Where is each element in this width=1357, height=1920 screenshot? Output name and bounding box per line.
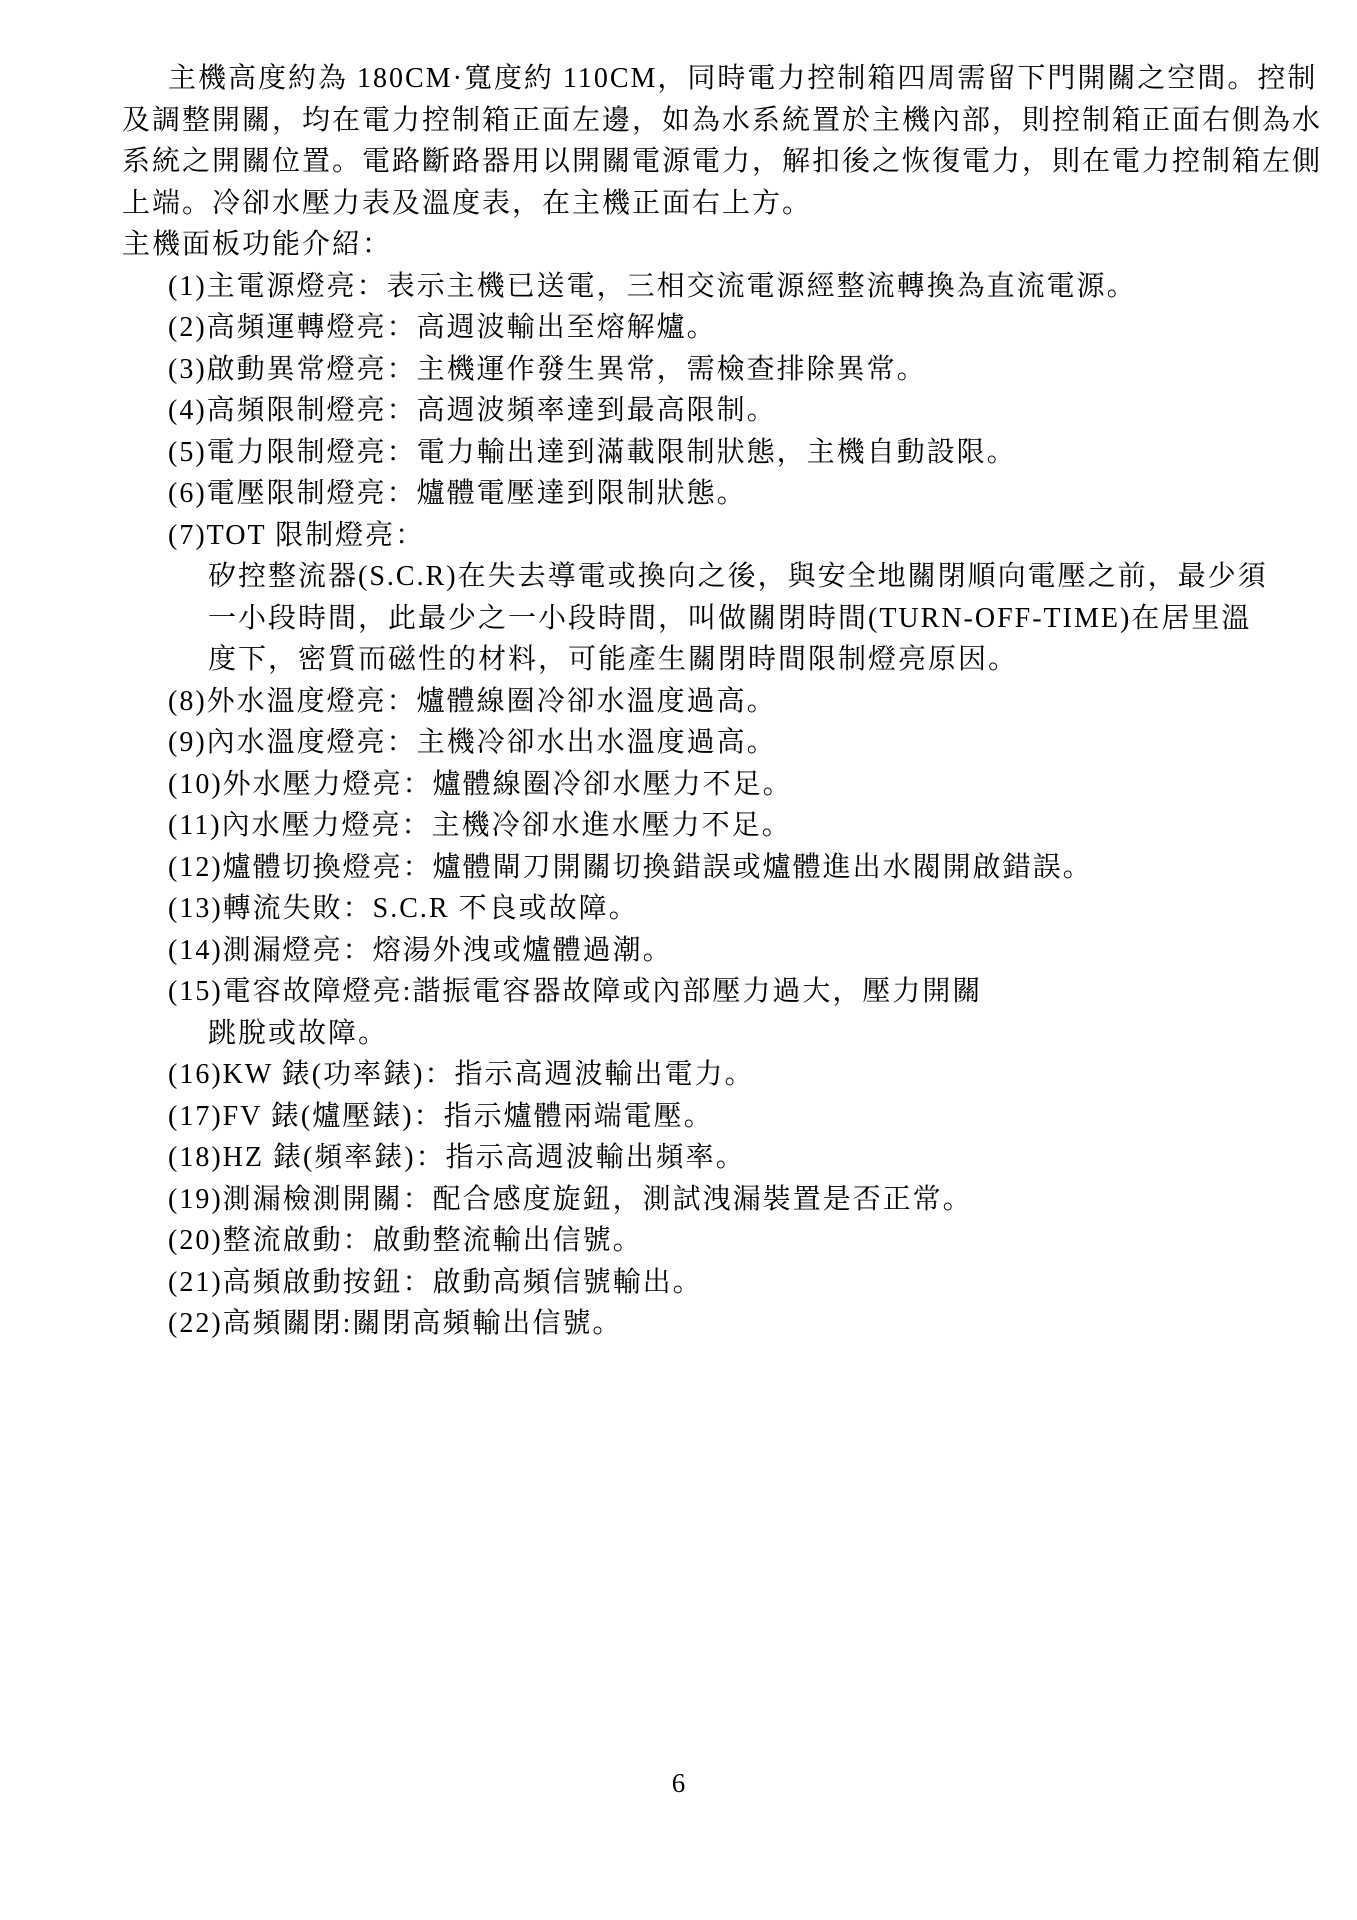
list-item-6: (6)電壓限制燈亮：爐體電壓達到限制狀態。 — [122, 473, 1242, 515]
document-page: 主機高度約為 180CM·寬度約 110CM，同時電力控制箱四周需留下門開關之空… — [0, 0, 1357, 1920]
list-item-11: (11)內水壓力燈亮：主機冷卻水進水壓力不足。 — [122, 805, 1242, 847]
list-item-12: (12)爐體切換燈亮：爐體閘刀開關切換錯誤或爐體進出水閥開啟錯誤。 — [122, 847, 1242, 889]
list-item-5: (5)電力限制燈亮：電力輸出達到滿載限制狀態，主機自動設限。 — [122, 432, 1242, 474]
list-item-13: (13)轉流失敗：S.C.R 不良或故障。 — [122, 888, 1242, 930]
list-item-7-note-line: 一小段時間，此最少之一小段時間，叫做關閉時間(TURN-OFF-TIME)在居里… — [122, 598, 1242, 640]
page-number: 6 — [0, 1768, 1357, 1799]
intro-line: 上端。冷卻水壓力表及溫度表，在主機正面右上方。 — [122, 183, 1242, 225]
intro-line: 及調整開關，均在電力控制箱正面左邊，如為水系統置於主機內部，則控制箱正面右側為水 — [122, 100, 1242, 142]
list-item-9: (9)內水溫度燈亮：主機冷卻水出水溫度過高。 — [122, 722, 1242, 764]
list-item-20: (20)整流啟動：啟動整流輸出信號。 — [122, 1220, 1242, 1262]
list-item-22: (22)高頻關閉:關閉高頻輸出信號。 — [122, 1303, 1242, 1345]
list-item-15: (15)電容故障燈亮:諧振電容器故障或內部壓力過大，壓力開關 — [122, 971, 1242, 1013]
list-item-17: (17)FV 錶(爐壓錶)：指示爐體兩端電壓。 — [122, 1096, 1242, 1138]
list-item-7-note-line: 矽控整流器(S.C.R)在失去導電或換向之後，與安全地關閉順向電壓之前，最少須 — [122, 556, 1242, 598]
list-item-3: (3)啟動異常燈亮：主機運作發生異常，需檢查排除異常。 — [122, 349, 1242, 391]
intro-line: 系統之開關位置。電路斷路器用以開關電源電力，解扣後之恢復電力，則在電力控制箱左側 — [122, 141, 1242, 183]
intro-line: 主機高度約為 180CM·寬度約 110CM，同時電力控制箱四周需留下門開關之空… — [122, 58, 1242, 100]
list-item-1: (1)主電源燈亮：表示主機已送電，三相交流電源經整流轉換為直流電源。 — [122, 266, 1242, 308]
list-item-18: (18)HZ 錶(頻率錶)：指示高週波輸出頻率。 — [122, 1137, 1242, 1179]
list-item-7-note-line: 度下，密質而磁性的材料，可能產生關閉時間限制燈亮原因。 — [122, 639, 1242, 681]
list-item-21: (21)高頻啟動按鈕：啟動高頻信號輸出。 — [122, 1262, 1242, 1304]
list-item-19: (19)測漏檢測開關：配合感度旋鈕，測試洩漏裝置是否正常。 — [122, 1179, 1242, 1221]
list-item-4: (4)高頻限制燈亮：高週波頻率達到最高限制。 — [122, 390, 1242, 432]
list-item-14: (14)測漏燈亮：熔湯外洩或爐體過潮。 — [122, 930, 1242, 972]
list-item-10: (10)外水壓力燈亮：爐體線圈冷卻水壓力不足。 — [122, 764, 1242, 806]
section-title: 主機面板功能介紹： — [122, 224, 1242, 266]
document-content: 主機高度約為 180CM·寬度約 110CM，同時電力控制箱四周需留下門開關之空… — [122, 58, 1242, 1345]
list-item-15-continuation: 跳脫或故障。 — [122, 1013, 1242, 1055]
list-item-2: (2)高頻運轉燈亮：高週波輸出至熔解爐。 — [122, 307, 1242, 349]
list-item-7: (7)TOT 限制燈亮： — [122, 515, 1242, 557]
list-item-16: (16)KW 錶(功率錶)：指示高週波輸出電力。 — [122, 1054, 1242, 1096]
list-item-8: (8)外水溫度燈亮：爐體線圈冷卻水溫度過高。 — [122, 681, 1242, 723]
